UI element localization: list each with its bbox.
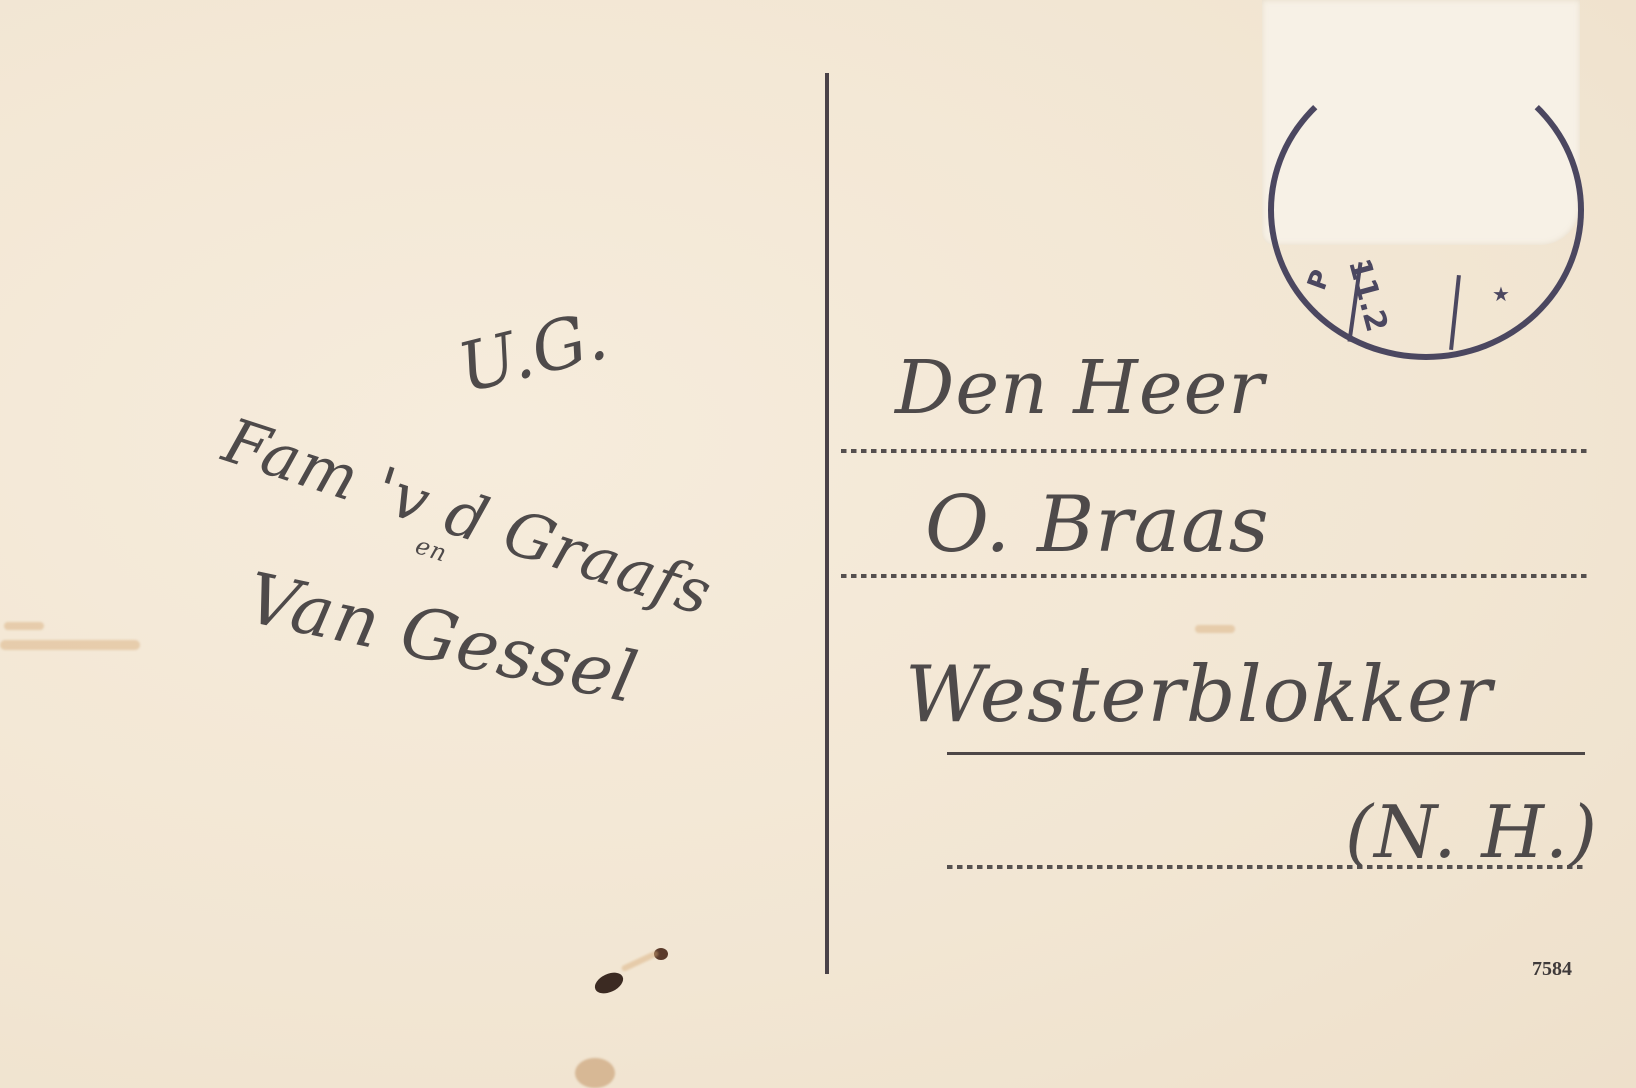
postcard-back: P 11.2 ★ U.G. Fam 'v d Graafs en Van Ges… bbox=[0, 0, 1636, 1088]
address-line-1 bbox=[841, 449, 1587, 453]
message-line-ug: U.G. bbox=[451, 296, 616, 409]
fold-scuff bbox=[621, 950, 660, 972]
water-stain-left bbox=[0, 640, 140, 650]
print-number: 7584 bbox=[1532, 958, 1572, 981]
water-stain-left-small bbox=[4, 622, 44, 630]
stain-address-area bbox=[1195, 625, 1235, 633]
address-region: (N. H.) bbox=[1345, 790, 1598, 874]
ink-blot bbox=[592, 969, 627, 998]
address-town: Westerblokker bbox=[905, 650, 1493, 740]
address-name: O. Braas bbox=[925, 480, 1270, 570]
address-line-2 bbox=[841, 574, 1587, 578]
center-divider-line bbox=[825, 73, 829, 974]
postmark-circle bbox=[1268, 60, 1584, 360]
stain-bottom bbox=[575, 1058, 615, 1088]
postmark-star-icon: ★ bbox=[1492, 282, 1510, 306]
address-salutation: Den Heer bbox=[895, 345, 1265, 431]
address-line-3 bbox=[947, 752, 1585, 755]
